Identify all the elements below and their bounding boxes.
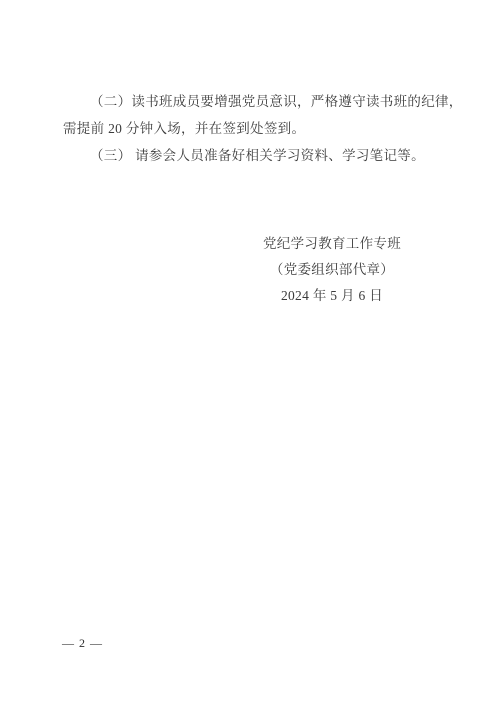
clause-two-line-2: 需提前 20 分钟入场，并在签到处签到。 (63, 115, 455, 142)
signature-date: 2024 年 5 月 6 日 (228, 283, 436, 309)
signature-org-name: 党纪学习教育工作专班 (228, 231, 436, 257)
document-page: （二）读书班成员要增强党员意识，严格遵守读书班的纪律， 需提前 20 分钟入场，… (0, 0, 499, 707)
clause-two-line-1: （二）读书班成员要增强党员意识，严格遵守读书班的纪律， (63, 88, 455, 115)
page-number: — 2 — (62, 636, 103, 650)
signature-block: 党纪学习教育工作专班 （党委组织部代章） 2024 年 5 月 6 日 (228, 231, 436, 309)
clause-three-line-1: （三） 请参会人员准备好相关学习资料、学习笔记等。 (63, 142, 455, 169)
document-body: （二）读书班成员要增强党员意识，严格遵守读书班的纪律， 需提前 20 分钟入场，… (63, 88, 455, 169)
signature-seal-note: （党委组织部代章） (228, 257, 436, 283)
